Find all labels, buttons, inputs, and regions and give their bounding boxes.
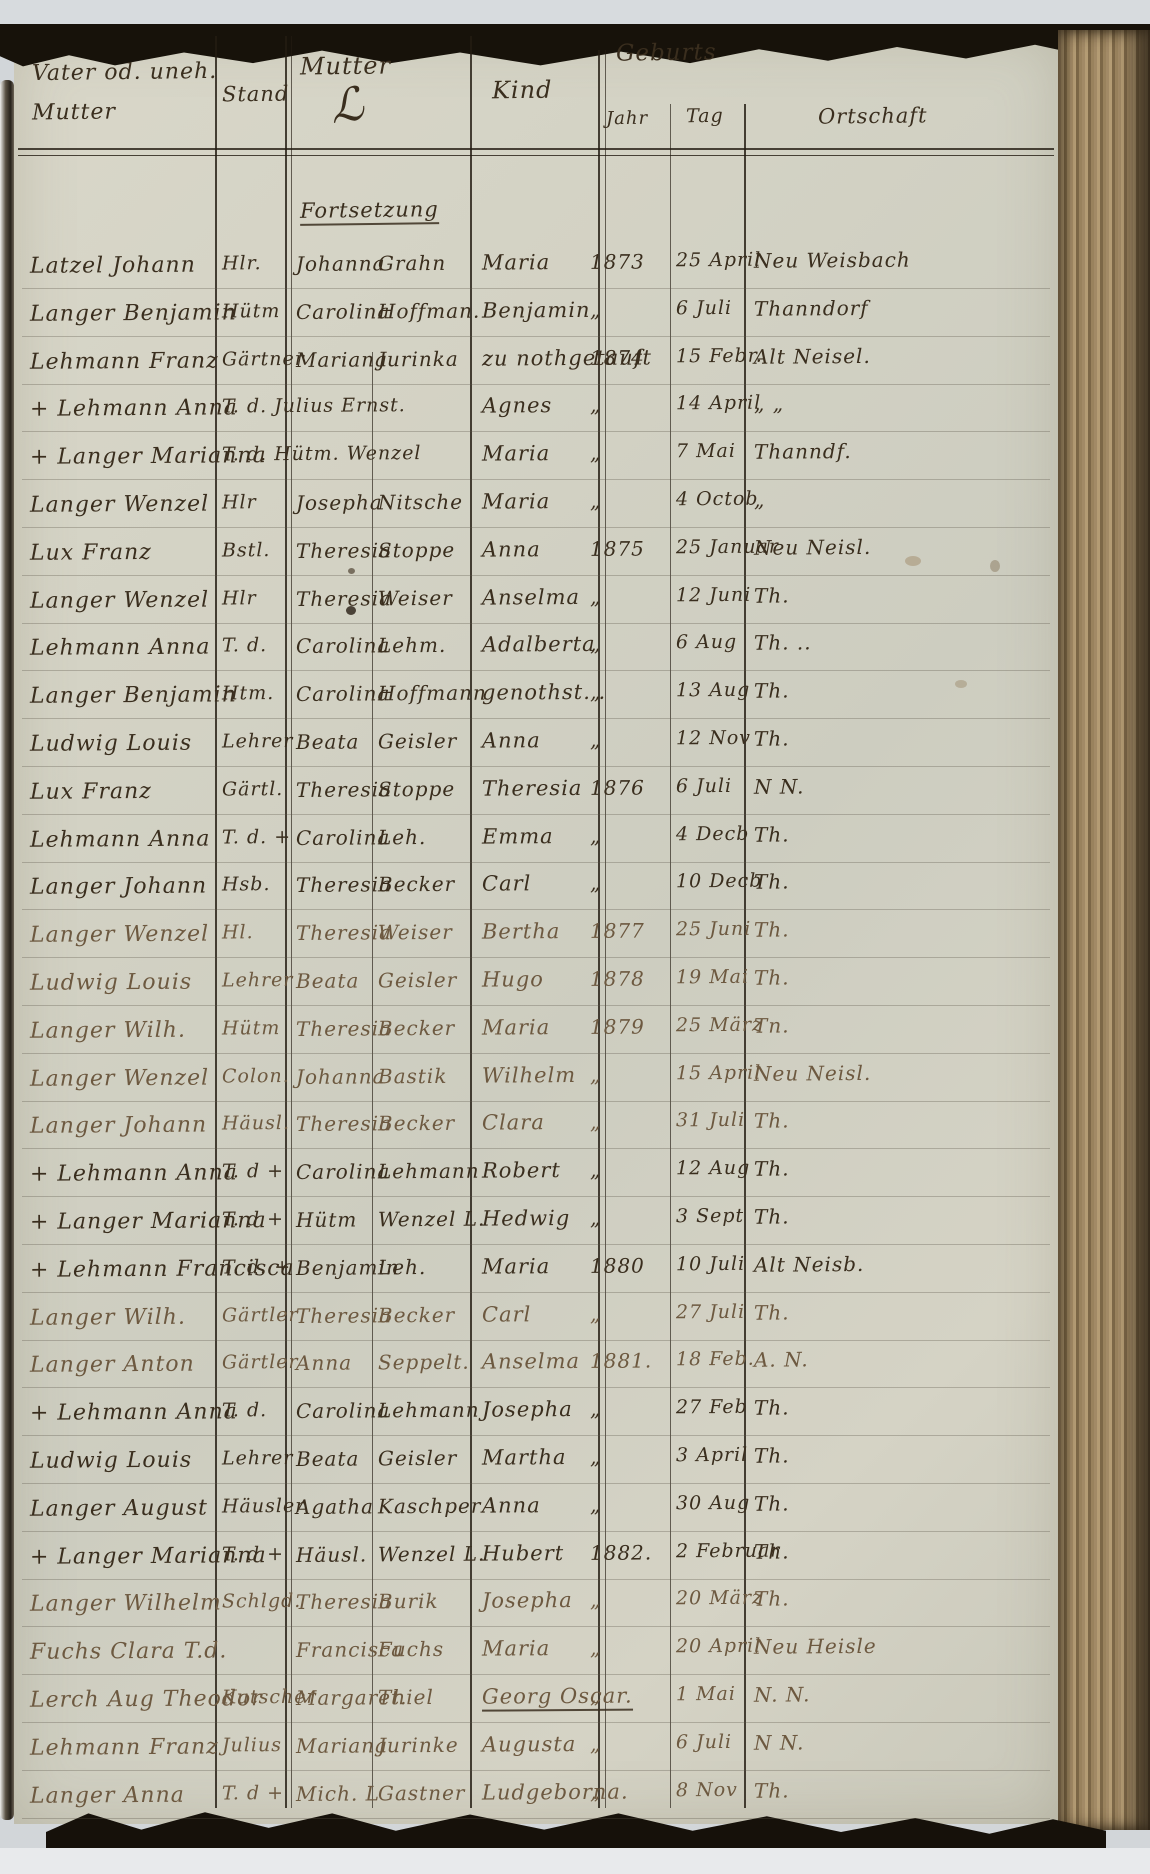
cell-father: Fuchs Clara T.d.	[30, 1638, 227, 1664]
register-row: Langer AugustHäuslerAgathaKaschperAnna„3…	[0, 1489, 1150, 1537]
ruled-guide-line	[22, 1818, 1050, 1819]
ruled-guide-line	[22, 1531, 1050, 1532]
cell-stand: Hlr	[222, 587, 257, 609]
cell-place: Alt Neisel.	[754, 344, 871, 369]
cell-mother-surname: Geisler	[378, 968, 457, 993]
ruled-guide-line	[22, 1626, 1050, 1627]
cell-day: 6 Juli	[676, 297, 732, 319]
header-rule	[18, 155, 1054, 156]
cell-year: „	[590, 871, 602, 895]
column-header-day: Tag	[686, 105, 724, 127]
cell-day: 4 Decb	[676, 823, 750, 846]
cell-stand: Htm.	[222, 682, 274, 704]
cell-father: Langer Anna	[30, 1783, 185, 1809]
ruled-guide-line	[22, 1292, 1050, 1293]
cell-father: Langer Wilh.	[30, 1018, 186, 1044]
ruled-guide-line	[22, 431, 1050, 432]
register-row: Langer WilhelmSchlgd.TheresiaBurikJoseph…	[0, 1584, 1150, 1632]
register-row: + Langer MariannaT. d +HütmWenzel L.Hedw…	[0, 1202, 1150, 1250]
cell-father: Lehmann Franz	[30, 1734, 219, 1760]
cell-father: Langer Johann	[30, 1113, 207, 1139]
ruled-guide-line	[22, 862, 1050, 863]
cell-year: 1875	[590, 537, 645, 561]
cell-child: Theresia	[482, 776, 583, 801]
register-row: Fuchs Clara T.d.FranciscaFuchsMaria„20 A…	[0, 1632, 1150, 1680]
cell-year: „	[590, 728, 602, 752]
cell-mother-given: Carolina	[296, 825, 391, 850]
cell-child: Maria	[482, 441, 550, 465]
cell-stand: Hütm	[222, 300, 281, 322]
cell-stand: Hsb.	[222, 873, 271, 895]
cell-day: 10 Decb	[676, 870, 763, 893]
cell-day: 3 April	[676, 1444, 748, 1467]
ruled-guide-line	[22, 527, 1050, 528]
cell-mother-surname: Fuchs	[378, 1637, 444, 1661]
register-row: Langer JohannHsb.TheresiaBeckerCarl„10 D…	[0, 867, 1150, 915]
cell-mother-surname: Lehmann	[378, 1398, 480, 1423]
ruled-guide-line	[22, 909, 1050, 910]
cell-stand: Hl.	[222, 921, 254, 943]
cell-stand: T. d +	[222, 1208, 284, 1230]
cell-year: „	[590, 1063, 602, 1087]
cell-place: N. N.	[754, 1682, 811, 1706]
cell-mother-surname: Gastner	[378, 1781, 466, 1806]
cell-mother-given: Beata	[296, 730, 360, 754]
cell-day: 12 Aug	[676, 1157, 750, 1180]
cell-father: Latzel Johann	[30, 253, 196, 279]
cell-father: Lehmann Franz	[30, 348, 219, 374]
cell-mother-surname: Becker	[378, 1303, 455, 1328]
cell-stand: T. d. +	[222, 1256, 291, 1278]
cell-stand: Lehrer	[222, 730, 294, 752]
ruled-guide-line	[22, 1005, 1050, 1006]
register-row: Langer WenzelHlrJosephaNitscheMaria„4 Oc…	[0, 485, 1150, 533]
cell-mother-given: Mariana	[296, 347, 388, 372]
cell-stand: Hlr	[222, 491, 257, 513]
register-row: Ludwig LouisLehrerBeataGeislerAnna„12 No…	[0, 724, 1150, 772]
register-row: Langer BenjaminHütmCarolinaHoffman.Benja…	[0, 294, 1150, 342]
cell-father: Lux Franz	[30, 540, 152, 566]
cell-mother-surname: Seppelt.	[378, 1350, 470, 1375]
cell-father: Lehmann Anna	[30, 635, 211, 661]
column-header-year: Jahr	[606, 108, 648, 130]
column-header-father-line2: Mutter	[32, 99, 116, 125]
cell-child: Ludgeborna.	[482, 1780, 629, 1805]
cell-stand: Gärtl.	[222, 778, 283, 800]
cell-day: 10 Juli	[676, 1253, 745, 1275]
cell-place: Th.	[754, 1205, 790, 1229]
cell-mother-surname: Bastik	[378, 1064, 448, 1088]
register-row: Lehmann AnnaT. d.CarolinaLehm.Adalberta„…	[0, 628, 1150, 676]
cell-place: Th.	[754, 1109, 790, 1133]
cell-day: 6 Aug	[676, 631, 737, 653]
cell-mother-surname: Wenzel L.	[378, 1542, 486, 1567]
cell-child: Clara	[482, 1110, 545, 1134]
cell-day: 3 Sept	[676, 1205, 744, 1227]
header-rule	[18, 148, 1054, 150]
cell-father: Langer Wenzel	[30, 1066, 209, 1092]
register-row: Langer AnnaT. d +Mich. LGastnerLudgeborn…	[0, 1776, 1150, 1824]
ruled-guide-line	[22, 1148, 1050, 1149]
cell-place: Alt Neisb.	[754, 1252, 865, 1277]
cell-year: „	[590, 824, 602, 848]
cell-day: 1 Mai	[676, 1683, 736, 1705]
cell-child: Maria	[482, 1636, 550, 1660]
cell-place: Th.	[754, 823, 790, 847]
cell-year: 1873	[590, 250, 645, 274]
cell-father: Ludwig Louis	[30, 731, 192, 757]
register-row: Langer Wilh.GärtlerTheresiaBeckerCarl„27…	[0, 1298, 1150, 1346]
register-row: Langer Wilh.HütmTheresiaBeckerMaria18792…	[0, 1011, 1150, 1059]
cell-father: Langer Wenzel	[30, 588, 209, 614]
cell-child: Agnes	[482, 393, 553, 417]
column-header-mother: Mutter	[300, 51, 391, 80]
cell-mother-given: Häusl.	[296, 1542, 367, 1566]
cell-day: 18 Feb.	[676, 1348, 755, 1371]
ruled-guide-line	[22, 479, 1050, 480]
cell-stand: Gärtler	[222, 1351, 299, 1374]
cell-place: Th.	[754, 966, 790, 990]
cell-year: „	[590, 585, 602, 609]
cell-mother-surname: Geisler	[378, 729, 457, 754]
cell-child: Benjamin	[482, 298, 591, 323]
cell-mother-given: Mariana	[296, 1733, 388, 1758]
cell-place: Th. ..	[754, 630, 812, 654]
cell-mother-surname: Jurinka	[378, 347, 459, 372]
column-header-place: Ortschaft	[818, 103, 928, 128]
cell-child: Hubert	[482, 1541, 564, 1566]
cell-stand: T. d.	[222, 634, 267, 656]
cell-stand: Häusl.	[222, 1112, 290, 1134]
cell-mother-surname: Geisler	[378, 1446, 457, 1471]
cell-day: 31 Juli	[676, 1109, 745, 1131]
cell-year: „	[590, 1397, 602, 1421]
cell-stand: Bstl.	[222, 539, 271, 561]
cell-place: Thanndorf	[754, 296, 869, 321]
cell-place: Tn.	[754, 1014, 790, 1038]
cell-child: Georg Oscar.	[482, 1684, 633, 1712]
cell-father: Lehmann Anna	[30, 827, 211, 853]
cell-mother-surname: Lehmann	[378, 1159, 480, 1184]
cell-place: Th.	[754, 1396, 790, 1420]
cell-mother-surname: Stoppe	[378, 777, 455, 802]
register-row: Lux FranzBstl.TheresiaStoppeAnna187525 J…	[0, 533, 1150, 581]
cell-place: Neu Neisl.	[754, 535, 871, 560]
cell-mother-given: Carolina	[296, 633, 391, 658]
cell-year: 1881.	[590, 1348, 652, 1372]
cell-stand: T. d +	[222, 1782, 284, 1804]
cell-day: 15 Febr.	[676, 345, 763, 368]
cell-day: 20 April	[676, 1635, 761, 1658]
cell-father: Ludwig Louis	[30, 1448, 192, 1474]
cell-year: „	[590, 1684, 602, 1708]
cell-place: Th.	[754, 1301, 790, 1325]
cell-stand: T. d. +	[222, 826, 291, 848]
register-row: Latzel JohannHlr.JohannaGrahnMaria187325…	[0, 246, 1150, 294]
cell-child: Maria	[482, 489, 550, 513]
cell-child: Anna	[482, 728, 541, 752]
continuation-heading: Fortsetzung	[300, 197, 439, 226]
cell-day: 25 März	[676, 1014, 763, 1037]
ruled-guide-line	[22, 957, 1050, 958]
ruled-guide-line	[22, 1387, 1050, 1388]
cell-stand: Hütm	[222, 1017, 281, 1039]
cell-child: Josepha	[482, 1397, 573, 1422]
cell-place: Th.	[754, 918, 790, 942]
cell-child: Augusta	[482, 1732, 577, 1757]
cell-year: „	[590, 1445, 602, 1469]
cell-child: Josepha	[482, 1588, 573, 1613]
cell-year: „	[590, 1780, 602, 1804]
cell-place: Th.	[754, 1444, 790, 1468]
cell-year: 1878	[590, 967, 645, 991]
cell-day: 27 Feb	[676, 1396, 748, 1419]
cell-place: Th.	[754, 1157, 790, 1181]
scanner-background-bottom	[0, 1848, 1150, 1874]
cell-year: „	[590, 632, 602, 656]
cell-day: 12 Nov	[676, 727, 751, 750]
register-row: Ludwig LouisLehrerBeataGeislerHugo187819…	[0, 963, 1150, 1011]
cell-child: genothst. .	[482, 680, 606, 705]
cell-day: 8 Nov	[676, 1779, 738, 1801]
register-row: Lehmann AnnaT. d. +CarolinaLeh.Emma„4 De…	[0, 820, 1150, 868]
cell-mother-surname: Kaschper	[378, 1494, 482, 1519]
cell-mother-surname: Jurinke	[378, 1733, 459, 1758]
register-row: Langer WenzelColon.JohannaBastikWilhelm„…	[0, 1059, 1150, 1107]
cell-day: 15 April	[676, 1062, 761, 1085]
cell-child: Bertha	[482, 919, 561, 944]
cell-mother-surname: Hoffmann	[378, 681, 487, 706]
cell-child: Anna	[482, 1493, 541, 1517]
register-row: Langer JohannHäusl.TheresiaBeckerClara„3…	[0, 1106, 1150, 1154]
cell-year: „	[590, 1732, 602, 1756]
cell-mother-surname: Nitsche	[378, 490, 463, 515]
cell-father: Langer Wilh.	[30, 1305, 186, 1331]
cell-year: 1877	[590, 919, 645, 943]
cell-mother-given: Carolina	[296, 1398, 391, 1423]
register-row: Ludwig LouisLehrerBeataGeislerMartha„3 A…	[0, 1441, 1150, 1489]
cell-day: 13 Aug	[676, 679, 750, 702]
register-row: Langer WenzelHlrTheresiaWeiserAnselma„12…	[0, 581, 1150, 629]
cell-year: 1879	[590, 1015, 645, 1039]
column-header-stand: Stand	[222, 82, 290, 107]
register-row: Lehmann FranzGärtnerMarianaJurinkazu not…	[0, 342, 1150, 390]
register-row: Lux FranzGärtl.TheresiaStoppeTheresia187…	[0, 772, 1150, 820]
cell-child: Maria	[482, 250, 550, 274]
cell-mother-given: Agatha	[296, 1494, 374, 1519]
cell-year: „	[590, 1206, 602, 1230]
cell-mother-surname: Weiser	[378, 586, 453, 611]
ruled-guide-line	[22, 575, 1050, 576]
register-row: + Lehmann AnnaT. d +CarolinaLehmannRober…	[0, 1154, 1150, 1202]
cell-stand: T. d.	[222, 1399, 267, 1421]
register-row: + Langer MariannaT. d. Hütm. WenzelMaria…	[0, 437, 1150, 485]
ruled-guide-line	[22, 718, 1050, 719]
cell-year: „	[590, 441, 602, 465]
ruled-guide-line	[22, 1579, 1050, 1580]
cell-year: „	[590, 1636, 602, 1660]
cell-stand: T. d. Hütm. Wenzel	[222, 442, 422, 465]
cell-place: Neu Neisl.	[754, 1061, 871, 1086]
ruled-guide-line	[22, 1674, 1050, 1675]
cell-mother-surname: Thiel	[378, 1685, 434, 1709]
cell-day: 25 Juni	[676, 918, 752, 941]
cell-mother-surname: Stoppe	[378, 538, 455, 563]
cell-father: + Lehmann Anna	[30, 1160, 238, 1186]
cell-year: „	[590, 1110, 602, 1134]
scanned-register-page: Vater od. uneh. Mutter Stand Mutter ℒ Ki…	[0, 0, 1150, 1874]
cell-place: Th.	[754, 1779, 790, 1803]
cell-day: 30 Aug	[676, 1492, 750, 1515]
ruled-guide-line	[22, 288, 1050, 289]
cell-place: N N.	[754, 1730, 805, 1754]
cell-mother-given: Beata	[296, 1447, 360, 1471]
ruled-guide-line	[22, 1101, 1050, 1102]
cell-mother-given: Mich. L	[296, 1781, 380, 1806]
cell-mother-surname: Leh.	[378, 825, 427, 849]
cell-place: Th.	[754, 1587, 790, 1611]
cell-stand: T. d +	[222, 1543, 284, 1565]
cell-place: Th.	[754, 1540, 790, 1564]
cell-father: Langer Benjamin	[30, 300, 237, 326]
cell-mother-surname: Leh.	[378, 1255, 427, 1279]
cell-year: „	[590, 393, 602, 417]
register-row: + Lehmann FranciscaT. d. +BenjaminLeh.Ma…	[0, 1250, 1150, 1298]
cell-mother-given: Carolina	[296, 1159, 391, 1184]
cell-father: Langer Wenzel	[30, 492, 209, 518]
cell-mother-surname: Becker	[378, 1111, 455, 1136]
cell-year: „	[590, 1588, 602, 1612]
ruled-guide-line	[22, 670, 1050, 671]
cell-stand: Häusler	[222, 1495, 305, 1518]
cell-mother-given: Carolina	[296, 299, 391, 324]
cell-father: Langer August	[30, 1496, 208, 1522]
ruled-guide-line	[22, 1196, 1050, 1197]
ruled-guide-line	[22, 384, 1050, 385]
cell-mother-given: Hütm	[296, 1208, 357, 1232]
cell-day: 6 Juli	[676, 1731, 732, 1753]
cell-year: 1876	[590, 776, 645, 800]
cell-father: Langer Wilhelm	[30, 1590, 222, 1616]
cell-day: 27 Juli	[676, 1301, 745, 1323]
cell-place: „	[754, 488, 766, 512]
cell-stand: Gärtler	[222, 1304, 299, 1327]
register-row: + Lehmann AnnaT. d.CarolinaLehmannJoseph…	[0, 1393, 1150, 1441]
cell-stand: Schlgd.	[222, 1590, 301, 1613]
cell-year: „	[590, 298, 602, 322]
cell-year: 1874	[590, 346, 645, 370]
cell-father: + Lehmann Anna	[30, 395, 238, 421]
cell-day: 14 April	[676, 392, 761, 415]
cell-mother-given: Carolina	[296, 681, 391, 706]
cell-year: „	[590, 1493, 602, 1517]
cell-place: Neu Heisle	[754, 1634, 877, 1659]
cell-mother-surname: Burik	[378, 1589, 439, 1613]
cell-place: Th.	[754, 679, 790, 703]
cell-stand: Hlr.	[222, 252, 262, 274]
cell-mother-surname: Wenzel L.	[378, 1207, 486, 1232]
cell-mother-surname: Lehm.	[378, 633, 446, 657]
cell-day: 25 April	[676, 249, 761, 272]
cell-stand: Colon.	[222, 1065, 290, 1087]
cell-day: 12 Juni	[676, 584, 752, 607]
cell-place: Th.	[754, 727, 790, 751]
cell-child: Robert	[482, 1158, 561, 1183]
cell-father: Langer Wenzel	[30, 922, 209, 948]
cell-father: Lux Franz	[30, 779, 152, 805]
cell-father: + Lehmann Anna	[30, 1399, 238, 1425]
cell-year: 1882.	[590, 1540, 652, 1564]
column-header-father-line1: Vater od. uneh.	[32, 59, 217, 86]
cell-day: 7 Mai	[676, 440, 736, 462]
cell-year: „	[590, 1302, 602, 1326]
cell-place: „ „	[754, 392, 784, 416]
ruled-guide-line	[22, 1053, 1050, 1054]
cell-place: N N.	[754, 774, 805, 798]
cell-child: Anselma	[482, 585, 580, 610]
cell-child: Maria	[482, 1254, 550, 1278]
cell-place: Th.	[754, 1492, 790, 1516]
cell-year: 1880	[590, 1254, 645, 1278]
cell-mother-given: Josepha	[296, 490, 383, 515]
cell-mother-given: Johanna	[296, 1064, 386, 1089]
register-row: + Lehmann AnnaT. d. Julius Ernst.Agnes„1…	[0, 389, 1150, 437]
ruled-guide-line	[22, 1722, 1050, 1723]
ruled-guide-line	[22, 1770, 1050, 1771]
cell-place: Th.	[754, 870, 790, 894]
column-header-child: Kind	[492, 76, 553, 105]
ruled-guide-line	[22, 623, 1050, 624]
cell-child: Adalberta	[482, 632, 596, 657]
cell-mother-given: Anna	[296, 1351, 352, 1375]
cell-place: Neu Weisbach	[754, 248, 911, 273]
mother-flourish-mark: ℒ	[326, 76, 367, 134]
cell-child: Martha	[482, 1445, 567, 1470]
cell-stand: T. d +	[222, 1160, 284, 1182]
cell-place: A. N.	[754, 1347, 809, 1371]
cell-father: Langer Benjamin	[30, 682, 237, 708]
cell-stand: Gärtner	[222, 348, 305, 371]
cell-mother-given: Johanna	[296, 251, 386, 276]
cell-day: 4 Octob	[676, 488, 759, 511]
cell-year: „	[590, 680, 602, 704]
cell-day: 19 Mai	[676, 966, 749, 989]
register-row: Lehmann FranzJuliusMarianaJurinkeAugusta…	[0, 1728, 1150, 1776]
cell-mother-surname: Becker	[378, 1016, 455, 1041]
cell-stand: T. d. Julius Ernst.	[222, 394, 406, 417]
cell-child: Wilhelm	[482, 1063, 576, 1088]
register-row: + Langer MariannaT. d +Häusl.Wenzel L.Hu…	[0, 1537, 1150, 1585]
cell-child: Carl	[482, 871, 532, 895]
cell-place: Th.	[754, 584, 790, 608]
cell-mother-surname: Grahn	[378, 251, 446, 275]
cell-child: Carl	[482, 1302, 532, 1326]
cell-stand: Lehrer	[222, 969, 294, 991]
cell-mother-surname: Hoffman.	[378, 299, 481, 324]
ruled-guide-line	[22, 814, 1050, 815]
cell-stand: Julius	[222, 1734, 282, 1756]
cell-year: „	[590, 489, 602, 513]
cell-child: Anna	[482, 537, 541, 561]
ruled-guide-line	[22, 1244, 1050, 1245]
cell-day: 20 März	[676, 1587, 763, 1610]
register-row: Lerch Aug TheodorKutscherMargaret.ThielG…	[0, 1680, 1150, 1728]
cell-father: Langer Anton	[30, 1352, 195, 1378]
cell-child: Hugo	[482, 967, 544, 991]
register-row: Langer WenzelHl.TheresiaWeiserBertha1877…	[0, 915, 1150, 963]
register-row: Langer BenjaminHtm.CarolinaHoffmanngenot…	[0, 676, 1150, 724]
cell-mother-given: Beata	[296, 969, 360, 993]
